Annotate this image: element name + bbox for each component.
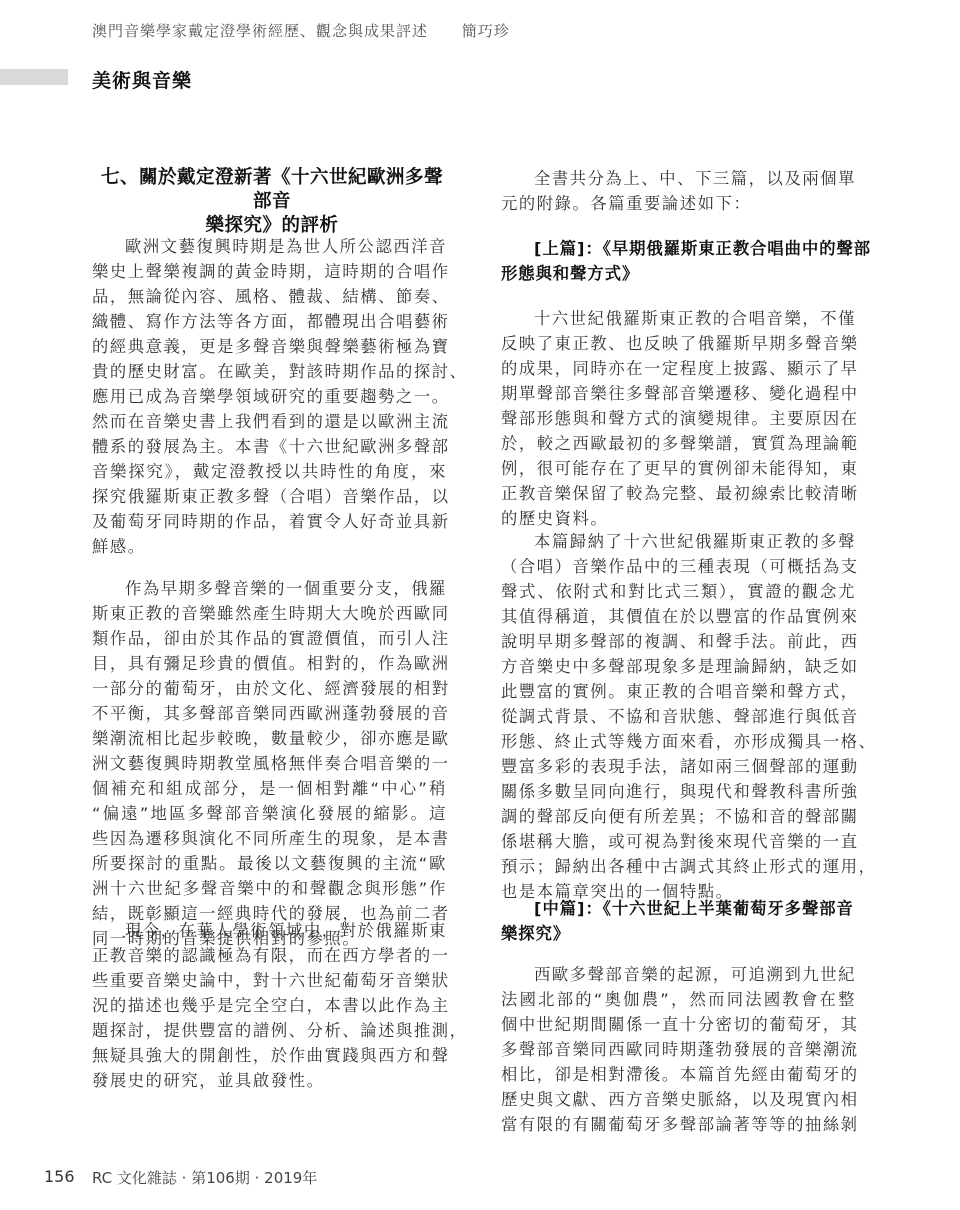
text-line: 此豐富的實例。東正教的合唱音樂和聲方式，: [501, 679, 856, 704]
text-line: 其值得稱道，其價值在於以豐富的作品實例來: [501, 604, 856, 629]
text-line: 說明早期多聲部的複調、和聲手法。前此，西: [501, 629, 856, 654]
text-line: 作為早期多聲音樂的一個重要分支，俄羅: [92, 576, 447, 601]
text-line: 西歐多聲部音樂的起源，可追溯到九世紀: [501, 962, 856, 987]
running-header: 澳門音樂學家戴定澄學術經歷、觀念與成果評述 簡巧珍: [92, 20, 510, 41]
text-line: 歐洲文藝復興時期是為世人所公認西洋音: [92, 234, 447, 259]
text-line: 的成果，同時亦在一定程度上披露、顯示了早: [501, 356, 856, 381]
running-author: 簡巧珍: [462, 22, 510, 40]
text-line: 例，很可能存在了更早的實例卻未能得知，東: [501, 456, 856, 481]
text-line: 現今，在華人學術領域中，對於俄羅斯東: [92, 918, 447, 943]
text-line: 斯東正教的音樂雖然產生時期大大晚於西歐同: [92, 601, 447, 626]
text-line: 鮮感。: [92, 534, 447, 559]
text-line: 的經典意義，更是多聲音樂與聲樂藝術極為寶: [92, 334, 447, 359]
text-line: 法國北部的“奧伽農”，然而同法國教會在整: [501, 987, 856, 1012]
text-line: 正教音樂的認識極為有限，而在西方學者的一: [92, 943, 447, 968]
text-line: 發展史的研究，並具啟發性。: [92, 1068, 447, 1093]
text-line: 及葡萄牙同時期的作品，着實令人好奇並具新: [92, 509, 447, 534]
text-line: 於，較之西歐最初的多聲樂譜，實質為理論範: [501, 431, 856, 456]
text-line: 樂潮流相比起步較晚，數量較少，卻亦應是歐: [92, 726, 447, 751]
text-line: 預示；歸納出各種中古調式其終止形式的運用，: [501, 854, 856, 879]
text-line: 貴的歷史財富。在歐美，對該時期作品的探討、: [92, 359, 447, 384]
text-line: 個補充和組成部分，是一個相對離“中心”稍: [92, 776, 447, 801]
text-line: 所要探討的重點。最後以文藝復興的主流“歐: [92, 851, 447, 876]
text-line: 聲部形態與和聲方式的演變規律。主要原因在: [501, 406, 856, 431]
page-number: 156: [44, 1167, 75, 1186]
section-label: 美術與音樂: [92, 66, 192, 93]
text-line: 況的描述也幾乎是完全空白，本書以此作為主: [92, 993, 447, 1018]
text-line: 品，無論從內容、風格、體裁、結構、節奏、: [92, 284, 447, 309]
text-line: 聲式、依附式和對比式三類），實證的觀念尤: [501, 579, 856, 604]
heading-line: 七、關於戴定澄新著《十六世紀歐洲多聲部音: [92, 166, 452, 214]
text-line: （合唱）音樂作品中的三種表現（可概括為支: [501, 554, 856, 579]
article-section-heading: 七、關於戴定澄新著《十六世紀歐洲多聲部音 樂探究》的評析: [92, 166, 452, 238]
text-line: 從調式背景、不協和音狀態、聲部進行與低音: [501, 704, 856, 729]
text-line: 元的附錄。各篇重要論述如下：: [501, 191, 856, 216]
text-line: 十六世紀俄羅斯東正教的合唱音樂，不僅: [501, 306, 856, 331]
text-line: 目，具有彌足珍貴的價值。相對的，作為歐洲: [92, 651, 447, 676]
text-line: 一部分的葡萄牙，由於文化、經濟發展的相對: [92, 676, 447, 701]
text-line: 的歷史資料。: [501, 506, 856, 531]
text-line: 歷史與文獻、西方音樂史脈絡，以及現實內相: [501, 1087, 856, 1112]
running-title: 澳門音樂學家戴定澄學術經歷、觀念與成果評述: [92, 22, 428, 40]
text-line: 應用已成為音樂學領域研究的重要趨勢之一。: [92, 384, 447, 409]
text-line: 些因為遷移與演化不同所產生的現象，是本書: [92, 826, 447, 851]
text-line: 體系的發展為主。本書《十六世紀歐洲多聲部: [92, 434, 447, 459]
text-line: 洲文藝復興時期教堂風格無伴奏合唱音樂的一: [92, 751, 447, 776]
text-line: 豐富多彩的表現手法，諸如兩三個聲部的運動: [501, 754, 856, 779]
text-line: 關係多數呈同向進行，與現代和聲教科書所強: [501, 779, 856, 804]
text-line: 樂史上聲樂複調的黃金時期，這時期的合唱作: [92, 259, 447, 284]
subheading-line: [中篇]：《十六世紀上半葉葡萄牙多聲部音: [501, 896, 889, 921]
text-line: 全書共分為上、中、下三篇，以及兩個單: [501, 166, 856, 191]
text-line: “偏遠”地區多聲部音樂演化發展的縮影。這: [92, 801, 447, 826]
text-line: 些重要音樂史論中，對十六世紀葡萄牙音樂狀: [92, 968, 447, 993]
text-line: 題探討，提供豐富的譜例、分析、論述與推測，: [92, 1018, 447, 1043]
text-line: 反映了東正教、也反映了俄羅斯早期多聲音樂: [501, 331, 856, 356]
text-line: 不平衡，其多聲部音樂同西歐洲蓬勃發展的音: [92, 701, 447, 726]
text-line: 正教音樂保留了較為完整、最初線索比較清晰: [501, 481, 856, 506]
text-line: 形態、終止式等幾方面來看，亦形成獨具一格、: [501, 729, 856, 754]
text-line: 相比，卻是相對滯後。本篇首先經由葡萄牙的: [501, 1062, 856, 1087]
section-tab-bar: [0, 69, 68, 85]
text-line: 係堪稱大膽，或可視為對後來現代音樂的一直: [501, 829, 856, 854]
text-line: 然而在音樂史書上我們看到的還是以歐洲主流: [92, 409, 447, 434]
text-line: 調的聲部反向便有所差異；不協和音的聲部關: [501, 804, 856, 829]
text-line: 方音樂史中多聲部現象多是理論歸納，缺乏如: [501, 654, 856, 679]
text-line: 個中世紀期間關係一直十分密切的葡萄牙，其: [501, 1012, 856, 1037]
text-line: 期單聲部音樂往多聲部音樂遷移、變化過程中: [501, 381, 856, 406]
text-line: 本篇歸納了十六世紀俄羅斯東正教的多聲: [501, 529, 856, 554]
text-line: 無疑具強大的開創性，於作曲實踐與西方和聲: [92, 1043, 447, 1068]
text-line: 織體、寫作方法等各方面，都體現出合唱藝術: [92, 309, 447, 334]
text-line: 類作品，卻由於其作品的實證價值，而引人注: [92, 626, 447, 651]
text-line: 音樂探究》，戴定澄教授以共時性的角度，來: [92, 459, 447, 484]
subheading-line: [上篇]：《早期俄羅斯東正教合唱曲中的聲部: [501, 236, 889, 261]
subheading-line: 樂探究》: [501, 921, 856, 946]
text-line: 當有限的有關葡萄牙多聲部論著等等的抽絲剝: [501, 1112, 856, 1137]
subheading-line: 形態與和聲方式》: [501, 261, 856, 286]
text-line: 多聲部音樂同西歐同時期蓬勃發展的音樂潮流: [501, 1037, 856, 1062]
journal-info: RC 文化雜誌 · 第106期 · 2019年: [92, 1167, 317, 1188]
text-line: 洲十六世紀多聲音樂中的和聲觀念與形態”作: [92, 876, 447, 901]
text-line: 探究俄羅斯東正教多聲（合唱）音樂作品，以: [92, 484, 447, 509]
